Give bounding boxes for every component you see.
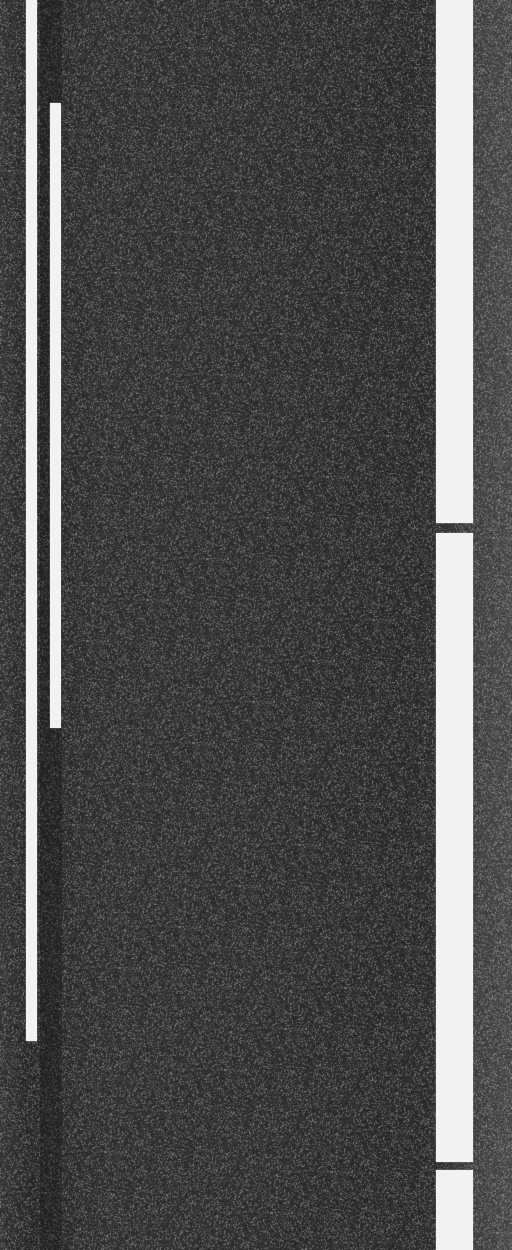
left-inner-line: [50, 103, 61, 728]
right-wide-line-1: [436, 0, 473, 523]
right-wide-line-2: [436, 533, 473, 1162]
right-wide-line-3: [436, 1170, 473, 1250]
left-edge-line: [26, 0, 37, 1041]
road-photo: [0, 0, 512, 1250]
